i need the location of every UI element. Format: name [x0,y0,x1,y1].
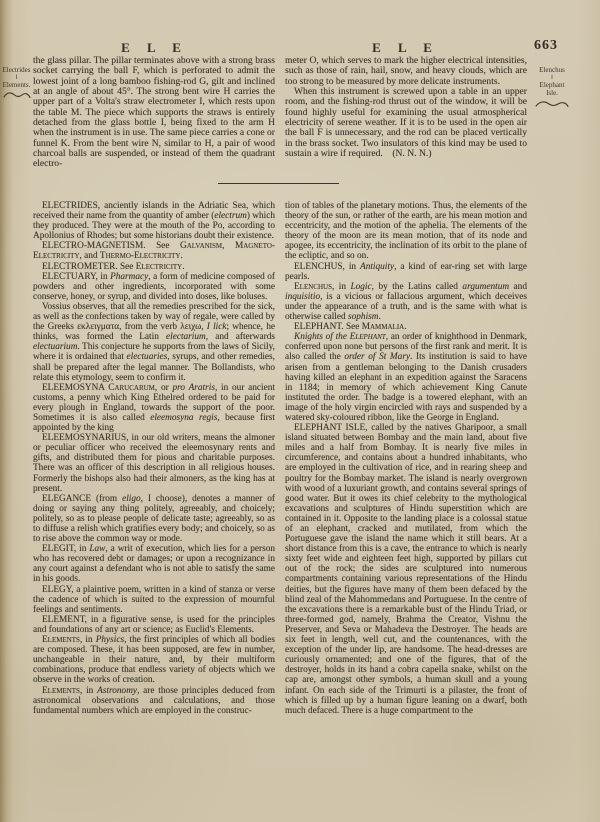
text-segment: , in [332,282,351,292]
page-number: 663 [420,38,558,54]
text-segment: Pharmacy [110,272,148,282]
text-segment: inquisitio [285,292,320,302]
brace-flourish-icon [535,100,569,109]
paragraph: When this instrument is screwed upon a t… [285,87,527,159]
margin-note-line: Elephant [528,81,576,90]
text-segment: Carucarum [108,383,155,393]
text-segment: ELECTROMETER. See [42,262,136,272]
paragraph: ELEGANCE (from eligo, I choose), denotes… [33,494,275,544]
text-segment: tion of tables of the planetary motions.… [285,201,527,261]
paragraph: ELENCHUS, in Antiquity, a kind of ear-ri… [285,262,527,282]
text-segment: ELEGANCE (from [42,494,122,504]
text-segment: Elenchus [294,282,332,292]
paragraph: Elenchus, in Logic, by the Latins called… [285,282,527,322]
text-segment: Elephant [350,332,386,342]
text-segment: . [180,251,182,261]
text-segment: . [182,262,184,272]
text-segment: ELECTUARY, in [42,272,110,282]
text-segment: ELEEMOSYNARIUS, in our old writers, mean… [33,433,275,493]
text-segment: , or [155,383,173,393]
text-segment: , [222,241,235,251]
text-segment: eligo [122,494,141,504]
margin-note-line: Elenchus [528,66,576,75]
text-segment: When this instrument is screwed upon a t… [285,86,527,159]
running-head-left: E L E [33,40,276,56]
text-segment: electrum [214,211,247,221]
paragraph: ELEPHANT. See Mammalia. [285,322,527,332]
text-segment: , by the Latins called [372,282,463,292]
article-continuation-section: the glass pillar. The pillar terminates … [33,56,528,170]
text-segment: , is a vicious or fallacious argument, w… [285,292,527,322]
text-segment: . [404,322,406,332]
text-segment: Galvanism [180,241,222,251]
text-segment: ELEGY, a plaintive poem, written in a ki… [33,585,275,615]
scanned-encyclopedia-page: E L E E L E 663 Electrides ‖ Elements. E… [0,0,600,822]
text-segment: eleemosyna regis [150,413,217,423]
text-segment: ELENCHUS, in [294,262,360,272]
text-segment: argumentum [462,282,509,292]
margin-note-line: Isle. [528,89,576,98]
text-segment: Electricity [136,262,183,272]
paragraph: Elements, in Physics, the first principl… [33,635,275,685]
text-segment: sophism [348,312,378,322]
column-left: ELECTRIDES, anciently islands in the Adr… [33,201,275,716]
margin-note-right: Elenchus ‖ Elephant Isle. [528,66,576,109]
paragraph: ELEEMOSYNARIUS, in our old writers, mean… [33,433,275,494]
text-segment: Physics [96,635,124,645]
text-segment: I lick [207,322,227,332]
brace-flourish-icon [3,91,31,100]
paragraph: the glass pillar. The pillar terminates … [33,56,275,170]
text-segment: Knights of the [294,332,350,342]
text-segment: Antiquity [360,262,394,272]
column-right: meter O, which serves to mark the higher… [285,56,527,170]
column-right: tion of tables of the planetary motions.… [285,201,527,716]
paragraph: ELEEMOSYNA Carucarum, or pro Aratris, in… [33,383,275,433]
text-segment: Logic [350,282,371,292]
paragraph: ELECTRO-MAGNETISM. See Galvanism, Magnet… [33,241,275,261]
paragraph: ELEGIT, in Law, a writ of execution, whi… [33,544,275,584]
text-segment: ELECTRO-MAGNETISM. See [42,241,180,251]
text-segment: , in [80,635,96,645]
margin-note-line: Elements. [0,81,33,90]
paragraph: Knights of the Elephant, an order of kni… [285,332,527,423]
text-segment: order of St Mary [344,352,410,362]
paragraph: tion of tables of the planetary motions.… [285,201,527,262]
text-segment: Elements [42,635,80,645]
text-segment: Elements [42,686,80,696]
paragraph: ELECTUARY, in Pharmacy, a form of medici… [33,272,275,302]
paragraph: ELEMENT, in a figurative sense, is used … [33,615,275,635]
text-segment: electarium [166,332,206,342]
text-segment: pro Aratris [172,383,215,393]
paragraph: meter O, which serves to mark the higher… [285,56,527,87]
text-segment: Astronomy [97,686,137,696]
text-segment: , in [80,686,97,696]
text-segment: ELEEMOSYNA [42,383,108,393]
text-segment: ELEPHANT. See [294,322,362,332]
margin-note-line: Electrides [0,66,33,75]
text-segment: Law [89,544,105,554]
text-segment: ELEMENT, in a figurative sense, is used … [33,615,275,635]
margin-note-left: Electrides ‖ Elements. [0,66,33,100]
text-segment: electuarium [33,342,77,352]
paragraph: ELEGY, a plaintive poem, written in a ki… [33,585,275,615]
section-divider-rule [218,183,339,184]
text-segment: . Its institution is said to have arisen… [285,352,527,423]
paragraph: Vossius observes, that all the remedies … [33,302,275,383]
text-segment: meter O, which serves to mark the higher… [285,55,527,87]
text-segment: , and [80,251,100,261]
column-left: the glass pillar. The pillar terminates … [33,56,275,170]
text-segment: and [509,282,527,292]
text-segment: Thermo-Electricity [100,251,181,261]
paragraph: ELECTROMETER. See Electricity. [33,262,275,272]
text-segment: ELEPHANT ISLE, called by the natives Gha… [285,423,527,716]
dictionary-entries-section: ELECTRIDES, anciently islands in the Adr… [33,201,528,716]
text-segment: electuaries [127,352,168,362]
text-segment: the glass pillar. The pillar terminates … [33,55,275,169]
text-segment: Mammalia [362,322,405,332]
paragraph: ELECTRIDES, anciently islands in the Adr… [33,201,275,241]
text-segment: ELEGIT, in [42,544,89,554]
text-segment: , and afterwards [206,332,275,342]
paragraph: ELEPHANT ISLE, called by the natives Gha… [285,423,527,716]
paragraph: Elements, in Astronomy, are those princi… [33,686,275,716]
text-segment: . [378,312,380,322]
